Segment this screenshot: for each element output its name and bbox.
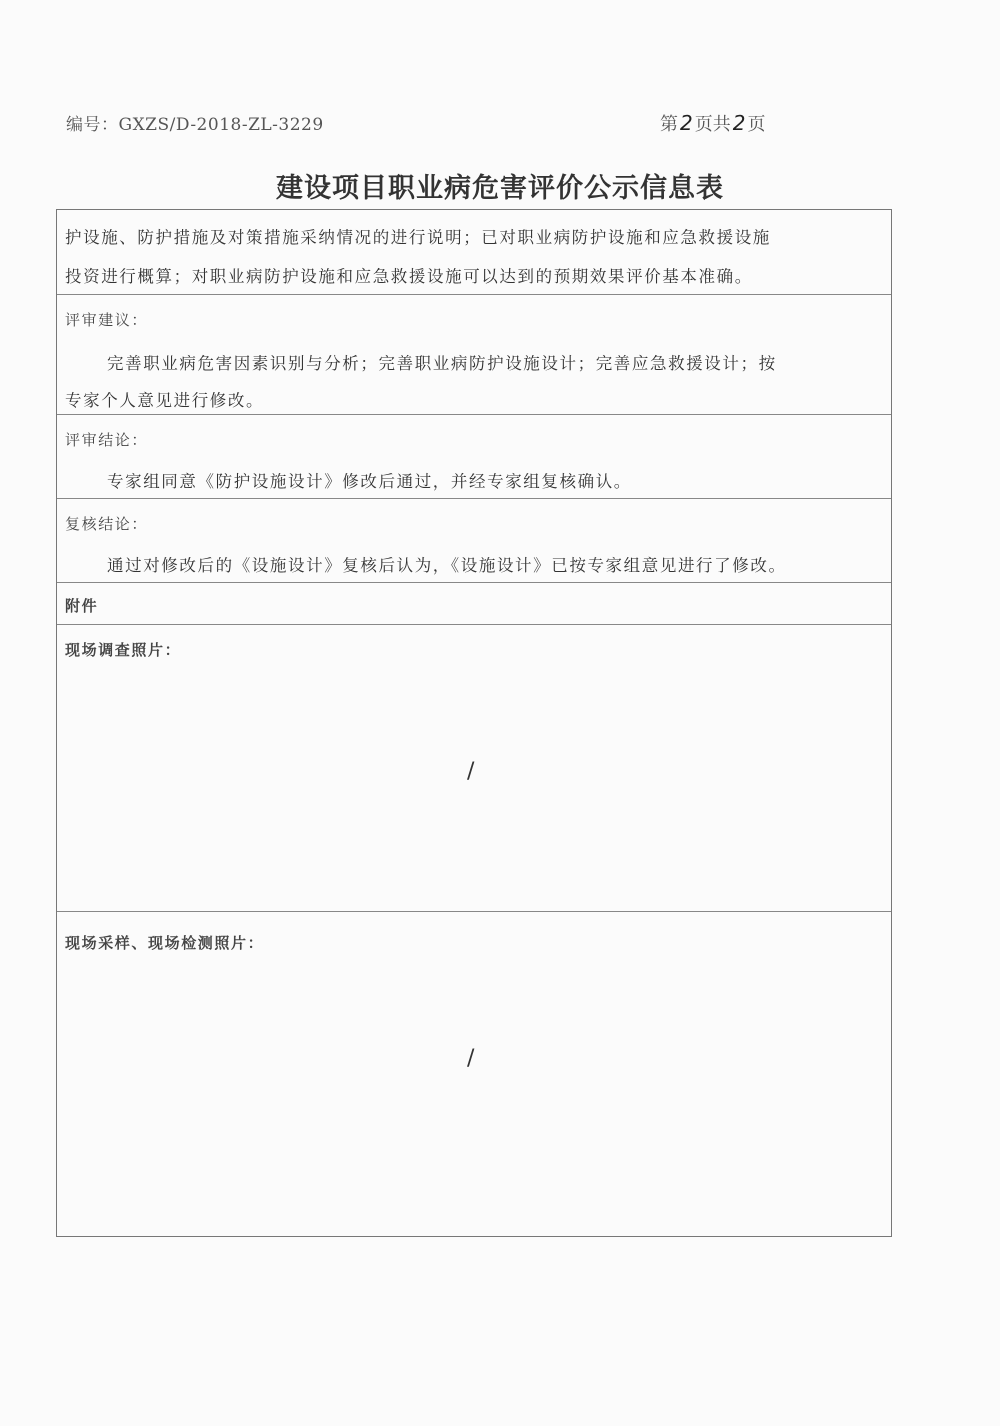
page-middle: 页共 [695, 114, 731, 135]
recheck-conclusion-text: 通过对修改后的《设施设计》复核后认为，《设施设计》已按专家组意见进行了修改。 [107, 552, 787, 576]
page-current: 2 [680, 111, 693, 135]
sampling-photos-row: 现场采样、现场检测照片： / [57, 912, 891, 1236]
continuation-row: 护设施、防护措施及对策措施采纳情况的进行说明；已对职业病防护设施和应急救援设施 … [57, 210, 891, 295]
info-table: 护设施、防护措施及对策措施采纳情况的进行说明；已对职业病防护设施和应急救援设施 … [56, 209, 892, 1237]
page-title: 建设项目职业病危害评价公示信息表 [0, 166, 1000, 205]
page-prefix: 第 [660, 114, 678, 135]
review-suggestions-row: 评审建议： 完善职业病危害因素识别与分析；完善职业病防护设施设计；完善应急救援设… [57, 295, 891, 415]
recheck-conclusion-row: 复核结论： 通过对修改后的《设施设计》复核后认为，《设施设计》已按专家组意见进行… [57, 499, 891, 583]
recheck-conclusion-label: 复核结论： [65, 513, 148, 534]
continuation-line-2: 投资进行概算；对职业病防护设施和应急救援设施可以达到的预期效果评价基本准确。 [65, 263, 753, 287]
review-conclusion-row: 评审结论： 专家组同意《防护设施设计》修改后通过，并经专家组复核确认。 [57, 415, 891, 499]
site-survey-photos-label: 现场调查照片： [65, 639, 181, 660]
review-suggestions-line-1: 完善职业病危害因素识别与分析；完善职业病防护设施设计；完善应急救援设计；按 [107, 350, 777, 374]
sampling-photos-empty: / [467, 1046, 474, 1071]
review-suggestions-label: 评审建议： [65, 309, 148, 330]
continuation-line-1: 护设施、防护措施及对策措施采纳情况的进行说明；已对职业病防护设施和应急救援设施 [65, 224, 771, 248]
page-suffix: 页 [747, 114, 765, 135]
attachments-label: 附件 [65, 595, 98, 616]
review-conclusion-label: 评审结论： [65, 429, 148, 450]
site-survey-photos-empty: / [467, 759, 474, 784]
site-survey-photos-row: 现场调查照片： / [57, 625, 891, 912]
document-number: 编号：GXZS/D-2018-ZL-3229 [66, 110, 324, 135]
page-total: 2 [733, 111, 746, 135]
page-indicator: 第2页共2页 [660, 110, 765, 136]
review-suggestions-line-2: 专家个人意见进行修改。 [65, 387, 264, 411]
attachments-row: 附件 [57, 583, 891, 625]
review-conclusion-text: 专家组同意《防护设施设计》修改后通过，并经专家组复核确认。 [107, 468, 632, 492]
sampling-photos-label: 现场采样、现场检测照片： [65, 932, 264, 953]
